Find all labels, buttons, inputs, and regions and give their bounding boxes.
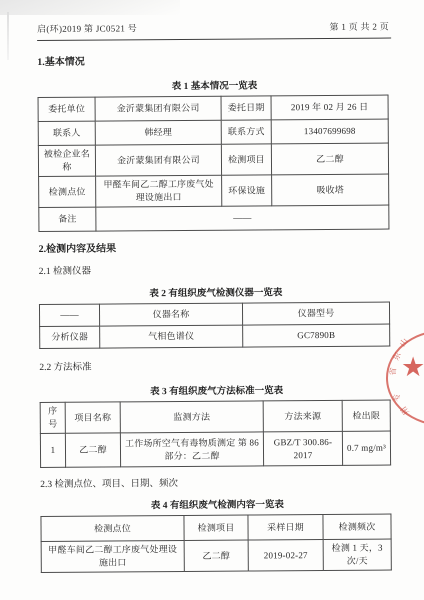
cell-value: 甲醛车间乙二醇工序废气处理设施出口 — [96, 175, 222, 207]
column-header: 检测项目 — [184, 515, 248, 540]
scan-edge-line — [7, 12, 9, 60]
column-header: 项目名称 — [65, 402, 120, 433]
report-content: 启(环)2019 第 JC0521 号 第 1 页 共 2 页 1.基本情况 表… — [37, 20, 395, 574]
column-header: 方法来源 — [263, 401, 342, 433]
scanned-report-page: 启(环)2019 第 JC0521 号 第 1 页 共 2 页 1.基本情况 表… — [0, 0, 424, 600]
seal-arc-text: 山 — [397, 336, 411, 349]
cell-value: 检测 1 天，3 次/天 — [323, 539, 391, 571]
cell-value: 气相色谱仪 — [100, 325, 243, 348]
cell-label: 备注 — [39, 207, 96, 231]
table-row: 检测点位 甲醛车间乙二醇工序废气处理设施出口 环保设施 吸收塔 — [39, 174, 389, 208]
document-number: 启(环)2019 第 JC0521 号 — [37, 21, 137, 35]
table-header-row: 检测点位 检测项目 采样日期 检测频次 — [41, 514, 391, 541]
cell-value: 乙二醇 — [184, 540, 248, 572]
table-row: 1 乙二醇 工作场所空气有毒物质测定 第 86 部分：乙二醇 GBZ/T 300… — [40, 431, 390, 467]
section-2-title: 2.检测内容及结果 — [39, 238, 393, 255]
table-sampling-plan: 检测点位 检测项目 采样日期 检测频次 甲醛车间乙二醇工序废气处理设施出口 乙二… — [40, 514, 391, 574]
table-row: 被检企业名称 金沂蒙集团有限公司 检测项目 乙二醇 — [38, 143, 388, 177]
cell-value: —— — [96, 205, 389, 231]
cell-label: 委托单位 — [38, 97, 95, 121]
table-header-row: 序号 项目名称 监测方法 方法来源 检出限 — [40, 400, 390, 434]
cell-value: 吸收塔 — [272, 174, 389, 206]
table-method-standards: 序号 项目名称 监测方法 方法来源 检出限 1 乙二醇 工作场所空气有毒物质测定… — [40, 400, 391, 469]
seal-arc-text: 用 — [398, 404, 412, 417]
table-instruments: —— 仪器名称 仪器型号 分析仪器 气相色谱仪 GC7890B — [39, 302, 390, 349]
cell-value: 金沂蒙集团有限公司 — [95, 144, 221, 176]
table-row: 备注 —— — [39, 205, 389, 231]
table-row: 联系人 韩经理 联系方式 13407699698 — [38, 119, 388, 145]
section-2-2-title: 2.2 方法标准 — [39, 357, 393, 373]
page-number: 第 1 页 共 2 页 — [329, 20, 389, 33]
column-header: 检测点位 — [41, 516, 184, 542]
cell-label: 检测点位 — [39, 176, 96, 207]
cell-value: 2019-02-27 — [248, 540, 323, 572]
document-header: 启(环)2019 第 JC0521 号 第 1 页 共 2 页 — [37, 20, 391, 41]
column-header: 仪器名称 — [99, 303, 242, 326]
column-header: —— — [39, 304, 99, 326]
column-header: 检测频次 — [323, 514, 391, 539]
cell-label: 检测项目 — [221, 144, 271, 175]
cell-label: 联系方式 — [221, 120, 271, 144]
cell-value: 0.7 mg/m³ — [342, 431, 390, 465]
table-3-caption: 表 3 有组织废气方法标准一览表 — [40, 382, 394, 398]
section-2-1-title: 2.1 检测仪器 — [39, 261, 393, 277]
table-2-caption: 表 2 有组织废气检测仪器一览表 — [39, 284, 393, 300]
cell-value: 乙二醇 — [65, 433, 120, 467]
cell-value: 13407699698 — [271, 119, 388, 144]
column-header: 采样日期 — [248, 515, 323, 541]
section-1-title: 1.基本情况 — [37, 51, 391, 68]
cell-value: 金沂蒙集团有限公司 — [95, 96, 221, 121]
cell-value: 分析仪器 — [40, 326, 100, 348]
cell-value: 韩经理 — [95, 120, 221, 145]
cell-label: 被检企业名称 — [38, 145, 95, 176]
cell-value: GBZ/T 300.86-2017 — [263, 432, 342, 467]
column-header: 检出限 — [342, 400, 390, 431]
table-row: 甲醛车间乙二醇工序废气处理设施出口 乙二醇 2019-02-27 检测 1 天，… — [41, 539, 391, 573]
cell-label: 环保设施 — [222, 175, 272, 206]
table-header-row: —— 仪器名称 仪器型号 — [39, 302, 389, 326]
cell-value: GC7890B — [243, 324, 390, 347]
table-row: 委托单位 金沂蒙集团有限公司 委托日期 2019 年 02 月 26 日 — [38, 95, 388, 121]
column-header: 仪器型号 — [242, 302, 389, 325]
table-basic-info: 委托单位 金沂蒙集团有限公司 委托日期 2019 年 02 月 26 日 联系人… — [38, 95, 390, 233]
scan-edge-shadow — [0, 0, 180, 15]
table-row: 分析仪器 气相色谱仪 GC7890B — [40, 324, 390, 348]
column-header: 监测方法 — [120, 401, 263, 433]
seal-star-icon: ★ — [401, 354, 424, 381]
cell-value: 甲醛车间乙二醇工序废气处理设施出口 — [41, 541, 184, 573]
cell-value: 2019 年 02 月 26 日 — [271, 95, 388, 120]
table-4-caption: 表 4 有组织废气检测内容一览表 — [40, 496, 394, 512]
cell-label: 联系人 — [38, 121, 95, 145]
cell-value: 1 — [40, 434, 65, 468]
cell-label: 委托日期 — [221, 96, 271, 120]
section-2-3-title: 2.3 检测点位、项目、日期、频次 — [40, 474, 394, 490]
cell-value: 工作场所空气有毒物质测定 第 86 部分：乙二醇 — [120, 432, 263, 467]
column-header: 序号 — [40, 403, 65, 434]
table-1-caption: 表 1 基本情况一览表 — [37, 77, 391, 93]
cell-value: 乙二醇 — [271, 143, 388, 175]
